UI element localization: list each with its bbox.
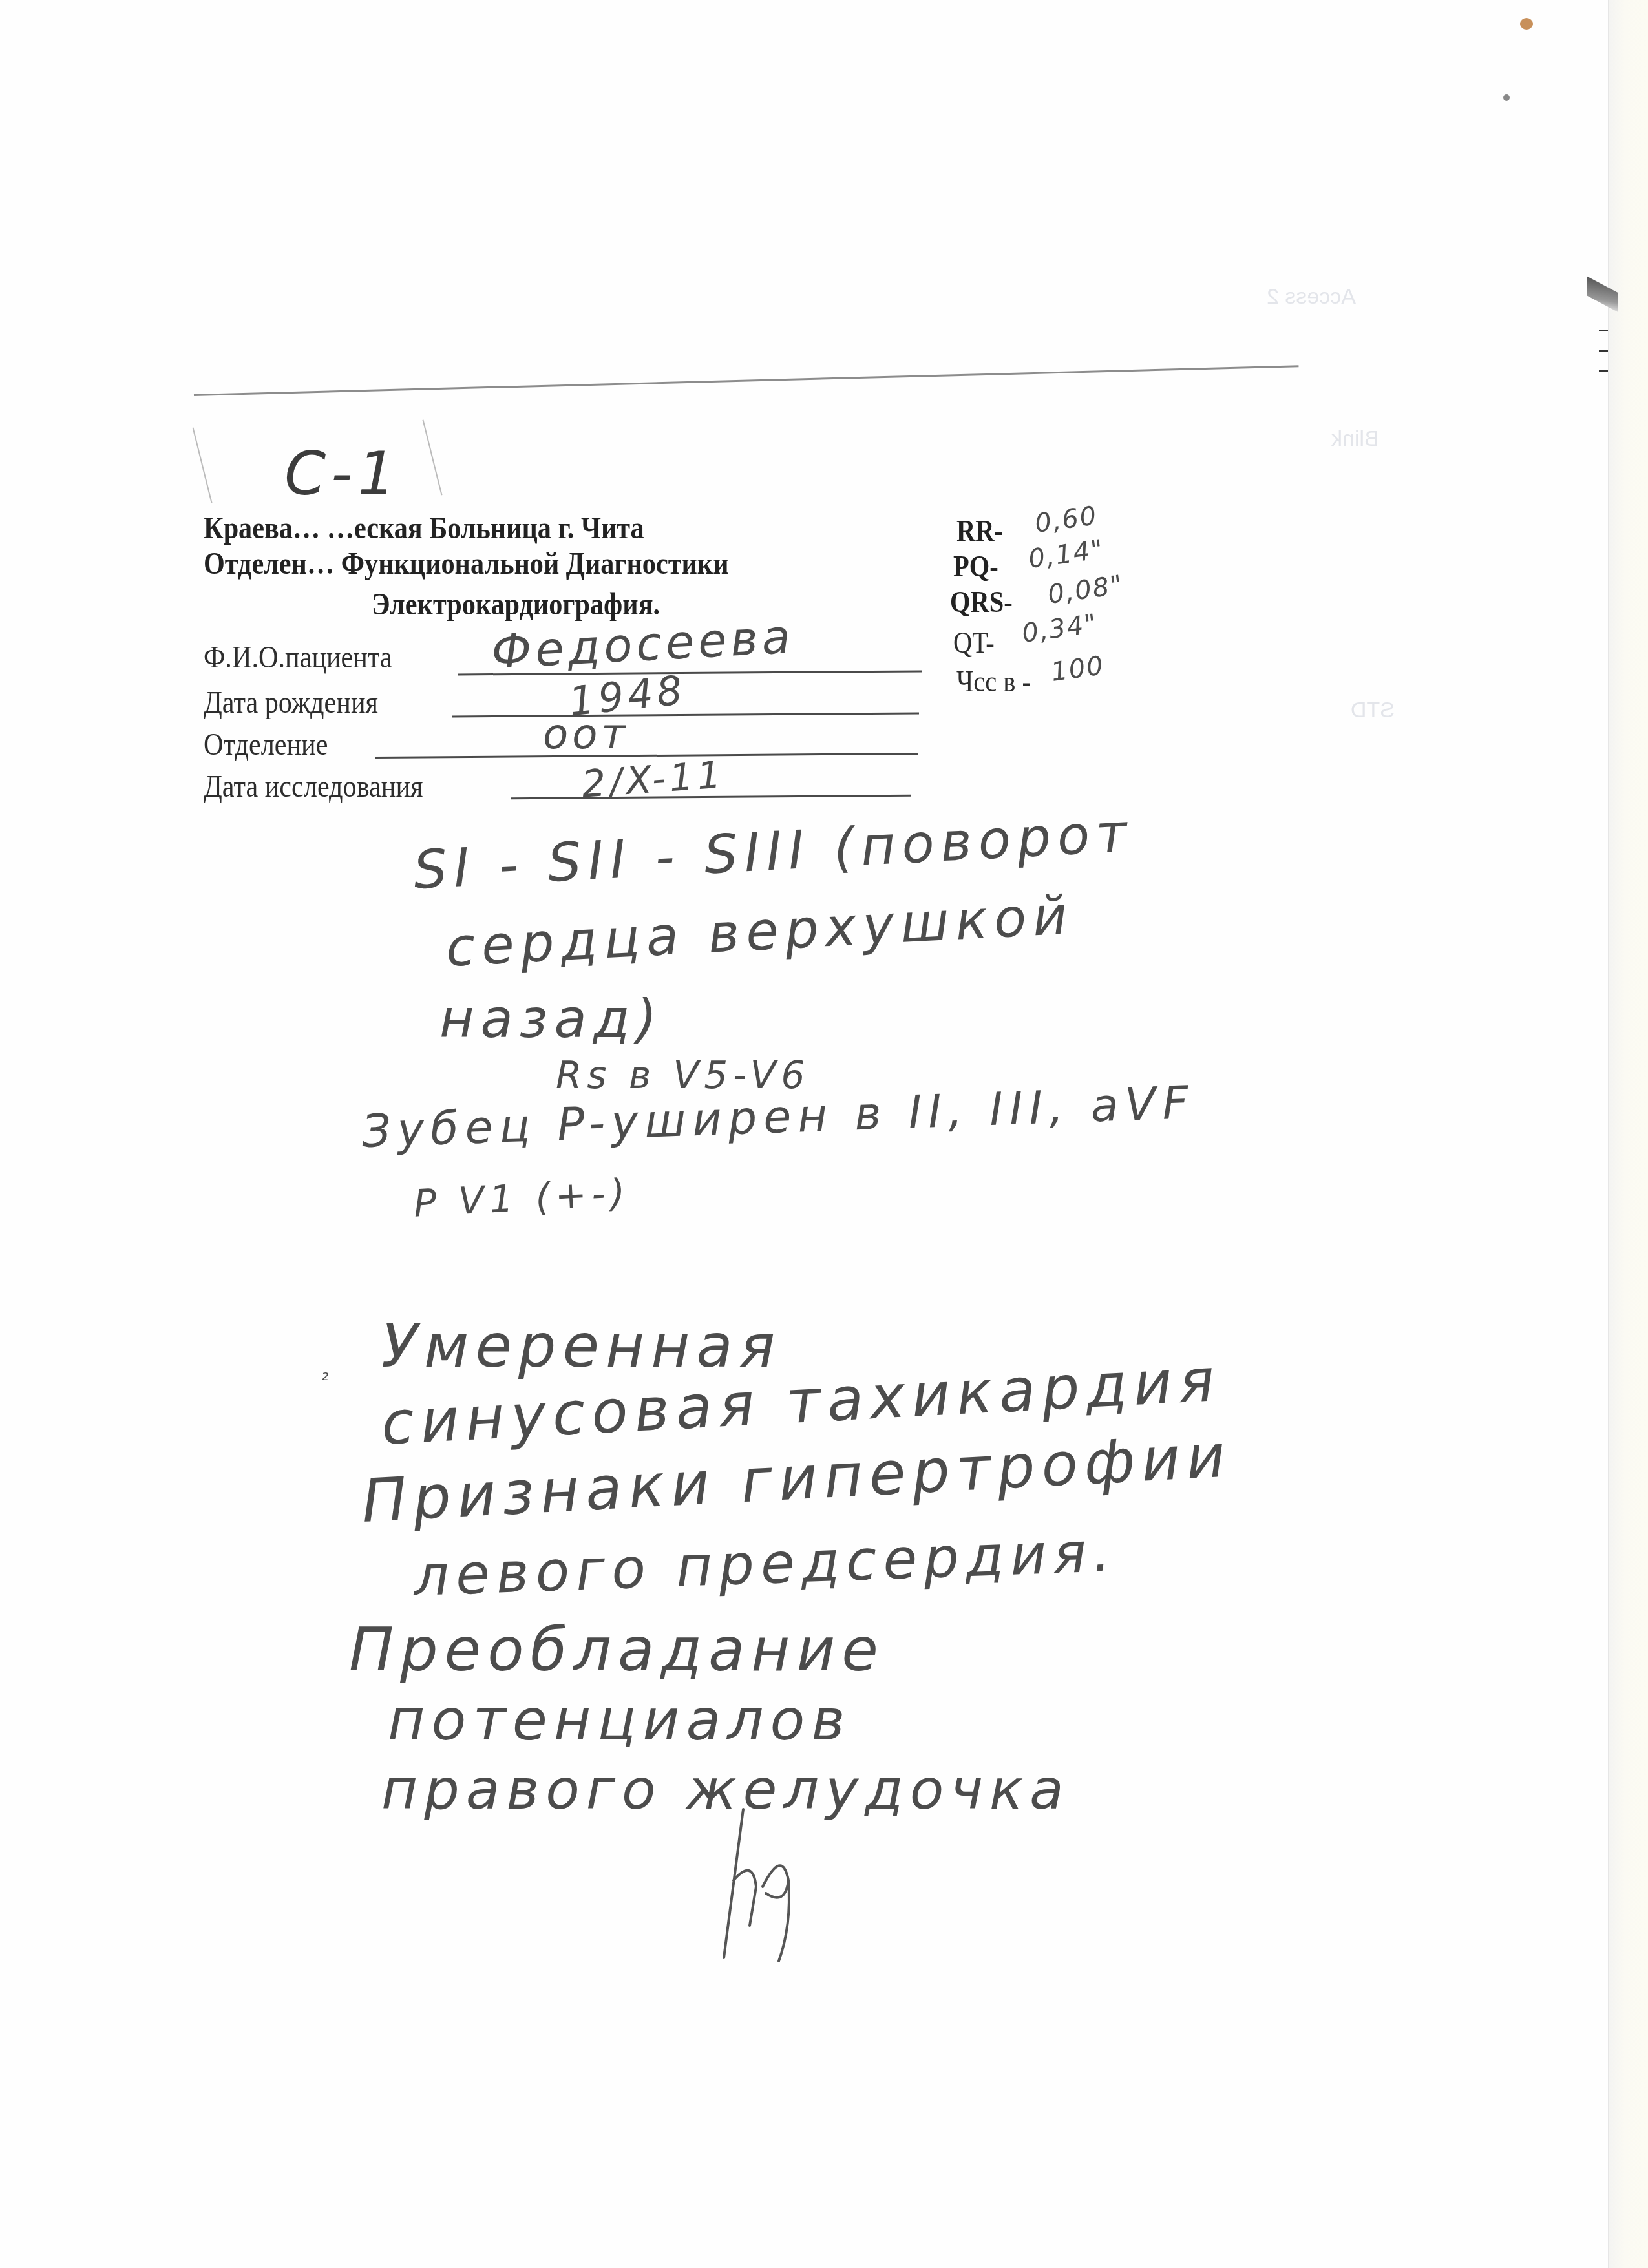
stain-spot [1520,18,1533,30]
param-label-rr: RR- [956,514,1003,548]
param-value-qt: 0,34" [1020,609,1100,649]
form-sheet-top-edge [194,365,1298,396]
scan-edge-strip [1608,0,1648,2268]
bleed-through-text: Access 2 [1267,284,1356,310]
bleed-through-text: STD [1351,698,1395,723]
finding-line: P V1 (+-) [412,1170,631,1225]
param-value-hr: 100 [1050,651,1106,688]
param-label-qt: QT- [953,625,995,660]
param-label-qrs: QRS- [950,585,1013,619]
dust-spot [1503,94,1510,101]
study-title: Электрокардиография. [372,587,660,622]
finding-line: сердца верхушкой [445,885,1075,979]
conclusion-line: Умеренная [381,1312,781,1381]
field-value-study-date: 2/X-11 [580,752,726,806]
doctor-signature [717,1796,821,1964]
param-value-qrs: 0,08" [1046,570,1126,610]
bleed-through-text: Blink [1331,426,1379,452]
form-fold-line [193,428,213,503]
bullet-mark: ₂ [321,1363,332,1385]
param-label-hr: Чсс в - [956,664,1031,698]
conclusion-line: левого предсердия. [412,1520,1118,1609]
field-label-patient-name: Ф.И.О.пациента [204,640,392,675]
edge-mark [1599,350,1608,352]
param-label-pq: PQ- [953,549,998,583]
department-name: Отделен… Функциональной Диагностики [204,546,729,582]
edge-mark [1599,370,1608,372]
form-fold-line [423,420,443,496]
param-value-pq: 0,14" [1027,534,1106,574]
sheet-code: С-1 [284,439,401,509]
field-label-department: Отделение [204,727,328,762]
field-value-department: оот [543,711,629,759]
finding-line: назад) [439,989,663,1050]
field-label-birth-date: Дата рождения [204,685,378,720]
edge-mark [1599,330,1608,331]
field-label-study-date: Дата исследования [204,769,423,804]
conclusion-line: потенциалов [388,1686,851,1753]
conclusion-line: Преобладание [349,1615,885,1685]
institution-name: Краева… …еская Больница г. Чита [204,510,644,546]
param-value-rr: 0,60 [1033,501,1100,539]
